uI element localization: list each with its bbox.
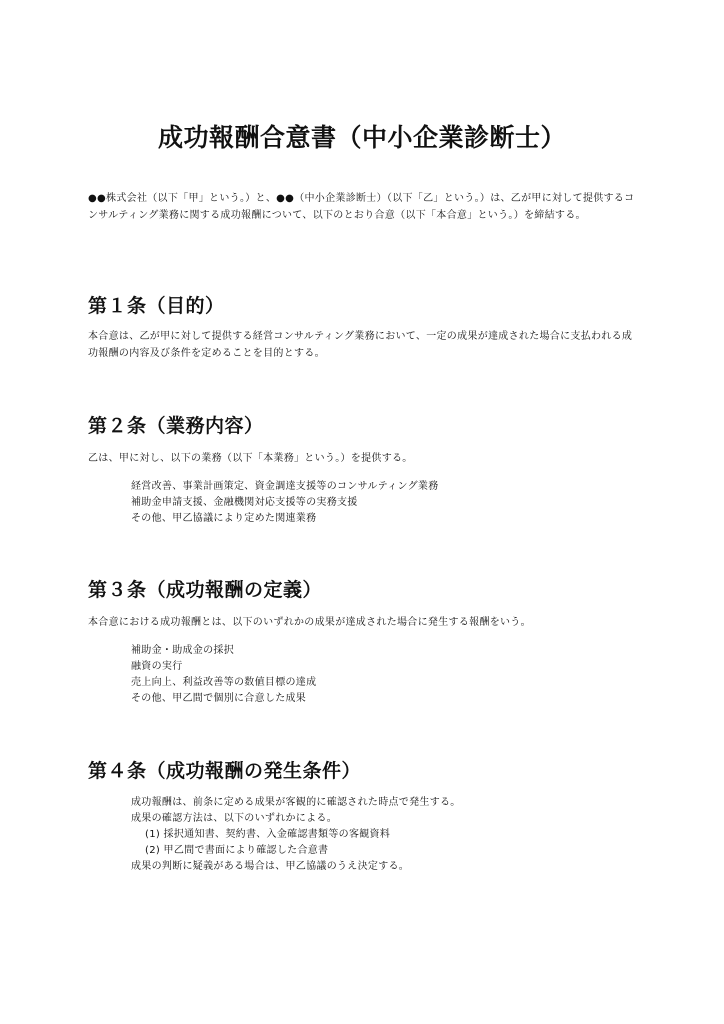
list-item: 売上向上、利益改善等の数値目標の達成	[131, 675, 316, 691]
list-item: 融資の実行	[131, 659, 316, 675]
article-2-heading: 第２条（業務内容）	[88, 411, 264, 438]
article-2-body: 乙は、甲に対し、以下の業務（以下「本業務」という。）を提供する。	[88, 450, 640, 467]
article-2-list: 経営改善、事業計画策定、資金調達支援等のコンサルティング業務 補助金申請支援、金…	[131, 479, 439, 527]
article-1-body: 本合意は、乙が甲に対して提供する経営コンサルティング業務において、一定の成果が達…	[88, 328, 640, 362]
article-4-list: 成功報酬は、前条に定める成果が客観的に確認された時点で発生する。 成果の確認方法…	[131, 795, 461, 875]
list-item: その他、甲乙協議により定めた関連業務	[131, 511, 439, 527]
list-subitem: (1) 採択通知書、契約書、入金確認書類等の客観資料	[131, 827, 461, 843]
list-item: 補助金・助成金の採択	[131, 643, 316, 659]
list-subitem: (2) 甲乙間で書面により確認した合意書	[131, 843, 461, 859]
article-4-heading: 第４条（成功報酬の発生条件）	[88, 756, 361, 783]
list-item: 補助金申請支援、金融機関対応支援等の実務支援	[131, 495, 439, 511]
article-1-heading: 第１条（目的）	[88, 291, 225, 318]
list-item: その他、甲乙間で個別に合意した成果	[131, 691, 316, 707]
list-item: 経営改善、事業計画策定、資金調達支援等のコンサルティング業務	[131, 479, 439, 495]
list-item: 成果の確認方法は、以下のいずれかによる。	[131, 811, 461, 827]
list-item: 成功報酬は、前条に定める成果が客観的に確認された時点で発生する。	[131, 795, 461, 811]
intro-paragraph: ●●株式会社（以下「甲」という。）と、●●（中小企業診断士）（以下「乙」という。…	[88, 190, 640, 224]
article-3-body: 本合意における成功報酬とは、以下のいずれかの成果が達成された場合に発生する報酬を…	[88, 614, 640, 631]
article-3-list: 補助金・助成金の採択 融資の実行 売上向上、利益改善等の数値目標の達成 その他、…	[131, 643, 316, 707]
article-3-heading: 第３条（成功報酬の定義）	[88, 575, 322, 602]
list-item: 成果の判断に疑義がある場合は、甲乙協議のうえ決定する。	[131, 859, 461, 875]
document-title: 成功報酬合意書（中小企業診断士）	[0, 118, 724, 154]
document-page: 成功報酬合意書（中小企業診断士） ●●株式会社（以下「甲」という。）と、●●（中…	[0, 0, 724, 1024]
